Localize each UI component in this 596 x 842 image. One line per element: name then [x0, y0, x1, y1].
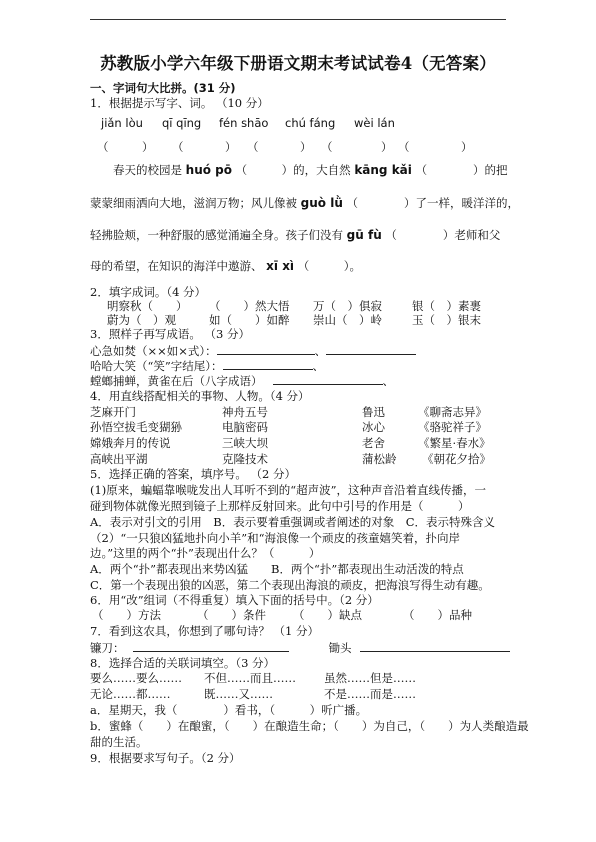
match-item: 孙悟空拔毛变猢狲 — [90, 420, 182, 434]
bracket-open: （ — [321, 140, 333, 154]
pinyin-item: wèi lán — [354, 116, 395, 130]
prompt: 哈哈大笑（“笑”字结尾）： — [90, 359, 223, 373]
question-5-text: 边。”这里的两个“扑”表现出什么？（ ） — [90, 546, 320, 560]
match-item: 三峡大坝 — [222, 436, 268, 450]
idiom-item: （ ）然大悟 — [209, 299, 290, 313]
pinyin: xī xì — [266, 259, 294, 273]
question-1-header: 1．根据提示写字、词。 （10 分） — [90, 96, 269, 110]
question-5-text: （2）“一只狼凶猛地扑向小羊”和“海浪像一个顽皮的孩童嬉笑着，扑向岸 — [90, 531, 460, 545]
pinyin-item: fén shāo — [219, 116, 268, 130]
answer-blank[interactable] — [133, 640, 289, 652]
word-fill-item: （ ）方法 — [92, 608, 161, 622]
idiom-write-line: 螳螂捕蝉，黄雀在后（八字成语）、 — [90, 373, 394, 388]
bracket-close: ） — [461, 140, 473, 154]
answer-blank[interactable] — [217, 343, 315, 355]
pinyin: gū fù — [347, 228, 382, 242]
conjunction-option: 虽然……但是…… — [324, 671, 416, 685]
idiom-item: 银（ ）素裹 — [412, 299, 481, 313]
bracket-open: （ — [172, 140, 184, 154]
pinyin-paragraph-line: 母的希望，在知识的海洋中遨游、 xī xì （ ）。 — [90, 259, 361, 273]
conjunction-option: 要么……要么…… — [90, 671, 182, 685]
match-item: 蒲松龄 — [362, 452, 397, 466]
text: （ ）的把 — [416, 163, 508, 177]
answer-blank[interactable] — [273, 373, 383, 385]
question-5-text: (1)原来，蝙蝠靠喉咙发出人耳听不到的“超声波”，这种声音沿着直线传播，一 — [90, 483, 486, 497]
header-rule — [90, 19, 506, 20]
separator: 、 — [313, 359, 325, 373]
word-fill-item: （ ）缺点 — [293, 608, 362, 622]
question-3-header: 3．照样子再写成语。 （3 分） — [90, 327, 250, 341]
pinyin: kāng kǎi — [354, 163, 412, 177]
page-title: 苏教版小学六年级下册语文期末考试试卷4（无答案） — [0, 50, 596, 74]
idiom-write-line: 心急如焚（××如×式）：、 — [90, 343, 416, 358]
answer-blank[interactable] — [223, 358, 313, 370]
poem-write-line: 镰刀：锄头 — [90, 640, 510, 655]
prompt: 镰刀： — [90, 641, 125, 655]
text: 母的希望，在知识的海洋中遨游、 — [90, 259, 263, 273]
section-heading: 一、字词句大比拼。(31 分) — [90, 81, 236, 95]
question-7-header: 7．看到这农具，你想到了哪句诗？ （1 分） — [90, 624, 319, 638]
text: （ ）老师和父 — [385, 228, 500, 242]
pinyin-paragraph-line: 春天的校园是 huó pō （ ）的，大自然 kāng kǎi （ ）的把 — [113, 163, 508, 177]
question-9-header: 9．根据要求写句子。（2 分） — [90, 751, 241, 765]
idiom-item: 崇山（ ）岭 — [313, 313, 382, 327]
conjunction-option: 不是……而是…… — [324, 687, 416, 701]
bracket-close: ） — [225, 140, 237, 154]
conjunction-option: 不但……而且…… — [204, 671, 296, 685]
word-fill-item: （ ）品种 — [403, 608, 472, 622]
question-5-options: A．表示对引文的引用 B．表示要着重强调或者阐述的对象 C．表示特殊含义 — [90, 515, 495, 529]
match-item: 鲁迅 — [362, 405, 385, 419]
question-2-header: 2．填字成词。（4 分） — [90, 285, 206, 299]
match-item: 《繁星·春水》 — [418, 436, 491, 450]
idiom-item: 明察秋（ ） — [107, 299, 188, 313]
bracket-close: ） — [381, 140, 393, 154]
idiom-item: 玉（ ）银末 — [412, 313, 481, 327]
pinyin-item: jiǎn lòu — [101, 116, 143, 130]
question-5-text: 碰到物体就像光照到镜子上那样反射回来。此句中引号的作用是（ ） — [90, 499, 470, 513]
pinyin-item: chú fáng — [285, 116, 335, 130]
match-item: 《骆驼祥子》 — [418, 420, 487, 434]
question-8-a: a．星期天，我（ ）看书，（ ）听广播。 — [90, 703, 367, 717]
answer-blank[interactable] — [360, 640, 510, 652]
conjunction-option: 无论……都…… — [90, 687, 171, 701]
pinyin: huó pō — [186, 163, 232, 177]
idiom-write-line: 哈哈大笑（“笑”字结尾）：、 — [90, 358, 324, 373]
question-8-b: b．蜜蜂（ ）在酿蜜，（ ）在酿造生命；（ ）为自己，（ ）为人类酿造最 — [90, 719, 529, 733]
pinyin-paragraph-line: 轻拂脸颊，一种舒服的感觉涌遍全身。孩子们没有 gū fù （ ）老师和父 — [90, 228, 500, 242]
separator: 、 — [383, 374, 395, 388]
match-item: 《朝花夕拾》 — [422, 452, 491, 466]
prompt: 螳螂捕蝉，黄雀在后（八字成语） — [90, 374, 263, 388]
separator: 、 — [315, 344, 327, 358]
answer-blank[interactable] — [326, 343, 416, 355]
match-item: 老舍 — [362, 436, 385, 450]
word-fill-item: （ ）条件 — [197, 608, 266, 622]
match-item: 嫦娥奔月的传说 — [90, 436, 171, 450]
idiom-item: 万（ ）俱寂 — [313, 299, 382, 313]
match-item: 电脑密码 — [222, 420, 268, 434]
text: 轻拂脸颊，一种舒服的感觉涌遍全身。孩子们没有 — [90, 228, 343, 242]
prompt: 心急如焚（××如×式）： — [90, 344, 217, 358]
prompt: 锄头 — [329, 641, 352, 655]
question-8-b-cont: 甜的生活。 — [90, 735, 148, 749]
text: 春天的校园是 — [113, 163, 182, 177]
match-item: 高峡出平湖 — [90, 452, 148, 466]
bracket-close: ） — [300, 140, 312, 154]
idiom-item: 如（ ）如醉 — [209, 313, 290, 327]
bracket-open: （ — [247, 140, 259, 154]
bracket-open: （ — [97, 140, 109, 154]
question-6-header: 6．用“改”组词（不得重复）填入下面的括号中。（2 分） — [90, 593, 379, 607]
question-5-header: 5．选择正确的答案，填序号。 （2 分） — [90, 467, 296, 481]
pinyin-paragraph-line: 蒙蒙细雨洒向大地，滋润万物；风儿像被 guò lǜ （ ）了一样，暖洋洋的， — [90, 196, 519, 210]
text: （ ）了一样，暖洋洋的， — [347, 196, 520, 210]
match-item: 克隆技术 — [222, 452, 268, 466]
bracket-open: （ — [398, 140, 410, 154]
pinyin-item: qī qīng — [162, 116, 201, 130]
conjunction-option: 既……又…… — [204, 687, 273, 701]
question-8-header: 8．选择合适的关联词填空。（3 分） — [90, 656, 275, 670]
bracket-close: ） — [142, 140, 154, 154]
match-item: 《聊斋志异》 — [418, 405, 487, 419]
match-item: 芝麻开门 — [90, 405, 136, 419]
idiom-item: 蔚为（ ）观 — [107, 313, 176, 327]
text: （ ）的，大自然 — [236, 163, 351, 177]
match-item: 冰心 — [362, 420, 385, 434]
question-5-options: A．两个“扑”都表现出来势凶猛 B．两个“扑”都表现出生动活泼的特点 — [90, 562, 464, 576]
question-5-options: C．第一个表现出狼的凶恶，第二个表现出海浪的顽皮，把海浪写得生动有趣。 — [90, 578, 490, 592]
pinyin: guò lǜ — [301, 196, 343, 210]
text: （ ）。 — [298, 259, 361, 273]
match-item: 神舟五号 — [222, 405, 268, 419]
text: 蒙蒙细雨洒向大地，滋润万物；风儿像被 — [90, 196, 297, 210]
question-4-header: 4．用直线搭配相关的事物、人物。（4 分） — [90, 389, 310, 403]
